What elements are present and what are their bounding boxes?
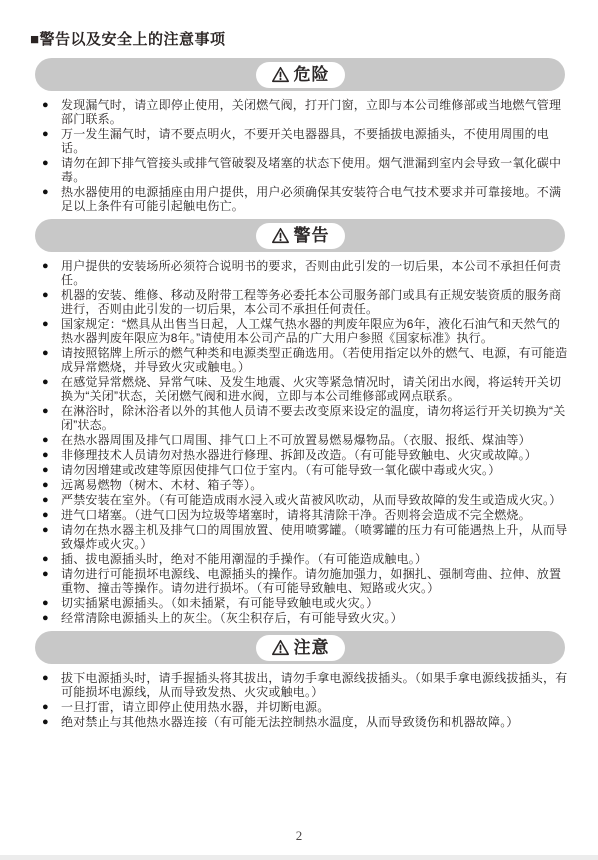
warning-triangle-icon — [271, 227, 290, 244]
bullet-icon: ● — [42, 317, 55, 331]
warning-label: 警告 — [294, 227, 330, 244]
precaution-item: ●请勿因增建或改建等原因使排气口位于室内。（有可能导致一氧化碳中毒或火灾。） — [42, 463, 570, 477]
page-number: 2 — [0, 828, 598, 844]
precaution-text: 万一发生漏气时，请不要点明火，不要开关电器器具，不要插拔电源插头，不使用周围的电… — [61, 127, 570, 155]
danger-pill: 危险 — [256, 62, 345, 88]
bullet-icon: ● — [42, 404, 55, 418]
precaution-text: 切实插紧电源插头。（如未插紧，有可能导致触电或火灾。） — [61, 596, 570, 610]
precaution-text: 一旦打雷，请立即停止使用热水器，并切断电源。 — [61, 700, 570, 714]
precaution-text: 发现漏气时，请立即停止使用，关闭燃气阀，打开门窗，立即与本公司维修部或当地燃气管… — [61, 98, 570, 126]
bullet-icon: ● — [42, 463, 55, 477]
bullet-icon: ● — [42, 375, 55, 389]
precaution-text: 机器的安装、维修、移动及附带工程等务必委托本公司服务部门或具有正规安装资质的服务… — [61, 288, 570, 316]
warning-triangle-icon — [271, 639, 290, 656]
precaution-item: ●万一发生漏气时，请不要点明火，不要开关电器器具，不要插拔电源插头，不使用周围的… — [42, 127, 570, 155]
precaution-text: 远离易燃物（树木、木材、箱子等）。 — [61, 478, 570, 492]
bullet-icon: ● — [42, 259, 55, 273]
bullet-icon: ● — [42, 700, 55, 714]
precaution-item: ●绝对禁止与其他热水器连接（有可能无法控制热水温度，从而导致烫伤和机器故障。） — [42, 715, 570, 729]
precaution-item: ●进气口堵塞。（进气口因为垃圾等堵塞时，请将其清除干净。否则将会造成不完全燃烧。 — [42, 508, 570, 522]
precaution-item: ●一旦打雷，请立即停止使用热水器，并切断电源。 — [42, 700, 570, 714]
scan-edge-strip — [0, 855, 598, 860]
precaution-item: ●热水器使用的电源插座由用户提供，用户必须确保其安装符合电气技术要求并可靠接地。… — [42, 185, 570, 213]
precaution-item: ●远离易燃物（树木、木材、箱子等）。 — [42, 478, 570, 492]
precaution-item: ●在淋浴时，除沐浴者以外的其他人员请不要去改变原来设定的温度，请勿将运行开关切换… — [42, 404, 570, 432]
danger-item-list: ●发现漏气时，请立即停止使用，关闭燃气阀，打开门窗，立即与本公司维修部或当地燃气… — [30, 98, 570, 213]
warning-band: 警告 — [35, 219, 565, 252]
precaution-text: 请勿因增建或改建等原因使排气口位于室内。（有可能导致一氧化碳中毒或火灾。） — [61, 463, 570, 477]
precaution-text: 经常清除电源插头上的灰尘。（灰尘积存后，有可能导致火灾。） — [61, 611, 570, 625]
bullet-icon: ● — [42, 552, 55, 566]
precaution-item: ●在热水器周围及排气口周围、排气口上不可放置易燃易爆物品。（衣服、报纸、煤油等） — [42, 433, 570, 447]
precaution-text: 绝对禁止与其他热水器连接（有可能无法控制热水温度，从而导致烫伤和机器故障。） — [61, 715, 570, 729]
precaution-text: 请勿进行可能损坏电源线、电源插头的操作。请勿施加强力，如捆扎、强制弯曲、拉伸、放… — [61, 567, 570, 595]
precaution-item: ●请按照铭牌上所示的燃气种类和电源类型正确选用。（若使用指定以外的燃气、电源，有… — [42, 346, 570, 374]
manual-page: ■警告以及安全上的注意事项 危险 ●发现漏气时，请立即停止使用，关闭燃气阀，打开… — [0, 0, 598, 860]
precaution-text: 进气口堵塞。（进气口因为垃圾等堵塞时，请将其清除干净。否则将会造成不完全燃烧。 — [61, 508, 570, 522]
bullet-icon: ● — [42, 478, 55, 492]
page-title: ■警告以及安全上的注意事项 — [30, 28, 570, 49]
precaution-text: 严禁安装在室外。（有可能造成雨水浸入或火苗被风吹动，从而导致故障的发生或造成火灾… — [61, 493, 570, 507]
precaution-item: ●严禁安装在室外。（有可能造成雨水浸入或火苗被风吹动，从而导致故障的发生或造成火… — [42, 493, 570, 507]
precaution-text: 在淋浴时，除沐浴者以外的其他人员请不要去改变原来设定的温度，请勿将运行开关切换为… — [61, 404, 570, 432]
precaution-text: 请勿在热水器主机及排气口的周围放置、使用喷雾罐。（喷雾罐的压力有可能遇热上升，从… — [61, 523, 570, 551]
bullet-icon: ● — [42, 493, 55, 507]
precaution-text: 请按照铭牌上所示的燃气种类和电源类型正确选用。（若使用指定以外的燃气、电源，有可… — [61, 346, 570, 374]
precaution-text: 非修理技术人员请勿对热水器进行修理、拆卸及改造。（有可能导致触电、火灾或故障。） — [61, 448, 570, 462]
precaution-text: 用户提供的安装场所必须符合说明书的要求，否则由此引发的一切后果，本公司不承担任何… — [61, 259, 570, 287]
precaution-item: ●用户提供的安装场所必须符合说明书的要求，否则由此引发的一切后果，本公司不承担任… — [42, 259, 570, 287]
precaution-item: ●拔下电源插头时，请手握插头将其拔出，请勿手拿电源线拔插头。（如果手拿电源线拔插… — [42, 671, 570, 699]
bullet-icon: ● — [42, 156, 55, 170]
bullet-icon: ● — [42, 346, 55, 360]
precaution-text: 请勿在卸下排气管接头或排气管破裂及堵塞的状态下使用。烟气泄漏到室内会导致一氧化碳… — [61, 156, 570, 184]
precaution-item: ●机器的安装、维修、移动及附带工程等务必委托本公司服务部门或具有正规安装资质的服… — [42, 288, 570, 316]
bullet-icon: ● — [42, 611, 55, 625]
precaution-item: ●请勿进行可能损坏电源线、电源插头的操作。请勿施加强力，如捆扎、强制弯曲、拉伸、… — [42, 567, 570, 595]
precaution-text: 在热水器周围及排气口周围、排气口上不可放置易燃易爆物品。（衣服、报纸、煤油等） — [61, 433, 570, 447]
bullet-icon: ● — [42, 671, 55, 685]
bullet-icon: ● — [42, 185, 55, 199]
bullet-icon: ● — [42, 98, 55, 112]
precaution-text: 国家规定：“燃具从出售当日起，人工煤气热水器的判废年限应为6年，液化石油气和天然… — [61, 317, 570, 345]
bullet-icon: ● — [42, 433, 55, 447]
precaution-text: 在感觉异常燃烧、异常气味、及发生地震、火灾等紧急情况时，请关闭出水阀，将运转开关… — [61, 375, 570, 403]
precaution-item: ●切实插紧电源插头。（如未插紧，有可能导致触电或火灾。） — [42, 596, 570, 610]
bullet-icon: ● — [42, 523, 55, 537]
warning-pill: 警告 — [256, 223, 345, 249]
danger-band: 危险 — [35, 58, 565, 91]
bullet-icon: ● — [42, 508, 55, 522]
caution-band: 注意 — [35, 631, 565, 664]
danger-label: 危险 — [294, 66, 330, 83]
precaution-item: ●发现漏气时，请立即停止使用，关闭燃气阀，打开门窗，立即与本公司维修部或当地燃气… — [42, 98, 570, 126]
precaution-item: ●插、拔电源插头时，绝对不能用潮湿的手操作。（有可能造成触电。） — [42, 552, 570, 566]
precaution-item: ●在感觉异常燃烧、异常气味、及发生地震、火灾等紧急情况时，请关闭出水阀，将运转开… — [42, 375, 570, 403]
caution-label: 注意 — [294, 639, 330, 656]
bullet-icon: ● — [42, 596, 55, 610]
warning-triangle-icon — [271, 66, 290, 83]
precaution-item: ●请勿在卸下排气管接头或排气管破裂及堵塞的状态下使用。烟气泄漏到室内会导致一氧化… — [42, 156, 570, 184]
warning-item-list: ●用户提供的安装场所必须符合说明书的要求，否则由此引发的一切后果，本公司不承担任… — [30, 259, 570, 625]
caution-item-list: ●拔下电源插头时，请手握插头将其拔出，请勿手拿电源线拔插头。（如果手拿电源线拔插… — [30, 671, 570, 729]
caution-pill: 注意 — [256, 635, 345, 661]
warning-section: 警告 ●用户提供的安装场所必须符合说明书的要求，否则由此引发的一切后果，本公司不… — [30, 219, 570, 625]
bullet-icon: ● — [42, 715, 55, 729]
precaution-item: ●国家规定：“燃具从出售当日起，人工煤气热水器的判废年限应为6年，液化石油气和天… — [42, 317, 570, 345]
caution-section: 注意 ●拔下电源插头时，请手握插头将其拔出，请勿手拿电源线拔插头。（如果手拿电源… — [30, 631, 570, 729]
precaution-item: ●经常清除电源插头上的灰尘。（灰尘积存后，有可能导致火灾。） — [42, 611, 570, 625]
bullet-icon: ● — [42, 288, 55, 302]
danger-section: 危险 ●发现漏气时，请立即停止使用，关闭燃气阀，打开门窗，立即与本公司维修部或当… — [30, 58, 570, 213]
bullet-icon: ● — [42, 567, 55, 581]
precaution-item: ●请勿在热水器主机及排气口的周围放置、使用喷雾罐。（喷雾罐的压力有可能遇热上升，… — [42, 523, 570, 551]
bullet-icon: ● — [42, 127, 55, 141]
precaution-text: 热水器使用的电源插座由用户提供，用户必须确保其安装符合电气技术要求并可靠接地。不… — [61, 185, 570, 213]
bullet-icon: ● — [42, 448, 55, 462]
precaution-text: 插、拔电源插头时，绝对不能用潮湿的手操作。（有可能造成触电。） — [61, 552, 570, 566]
precaution-text: 拔下电源插头时，请手握插头将其拔出，请勿手拿电源线拔插头。（如果手拿电源线拔插头… — [61, 671, 570, 699]
precaution-item: ●非修理技术人员请勿对热水器进行修理、拆卸及改造。（有可能导致触电、火灾或故障。… — [42, 448, 570, 462]
